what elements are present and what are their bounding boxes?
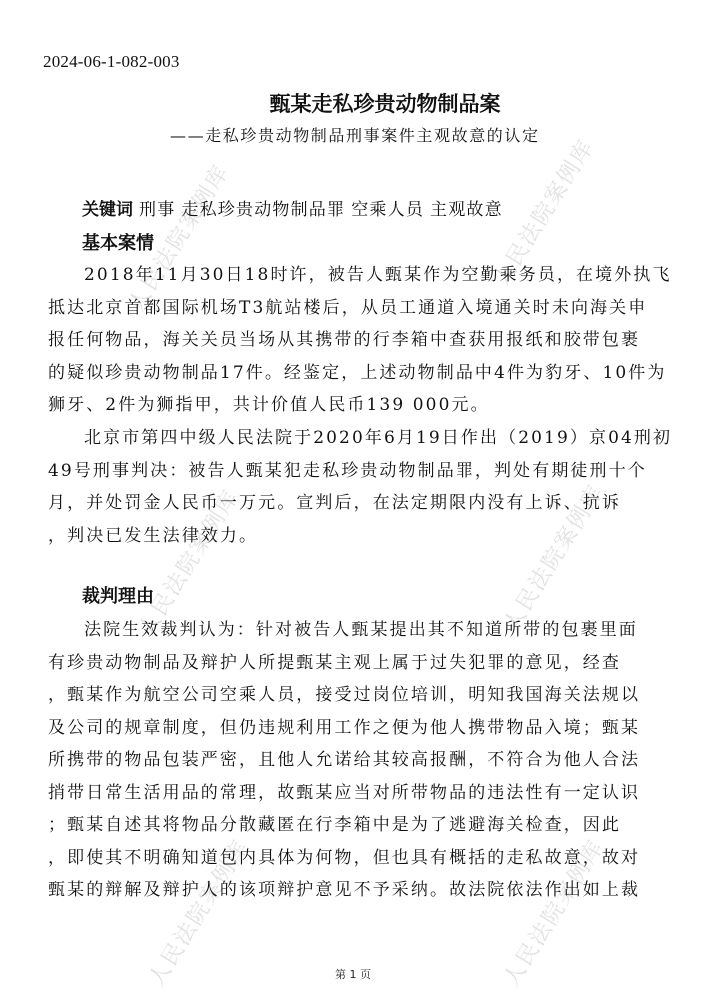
text-line: ；甄某自述其将物品分散藏匿在行李箱中是为了逃避海关检查，因此 [48,809,658,842]
section-heading-basic-facts: 基本案情 [82,229,154,255]
text-line: 月，并处罚金人民币一万元。宣判后，在法定期限内没有上诉、抗诉 [48,487,658,520]
keywords-label: 关键词 [82,200,133,220]
text-line: 的疑似珍贵动物制品17件。经鉴定，上述动物制品中4件为豹牙、10件为 [48,357,658,390]
paragraph-facts: 2018年11月30日18时许，被告人甄某作为空勤乘务员，在境外执飞 抵达北京首… [48,259,658,422]
text-line: 报任何物品，海关关员当场从其携带的行李箱中查获用报纸和胶带包裹 [48,324,658,357]
page-title: 甄某走私珍贵动物制品案 [0,88,706,118]
keyword: 走私珍贵动物制品罪 [181,200,345,220]
page-number: 第 1 页 [0,966,706,982]
text-line: 法院生效裁判认为：针对被告人甄某提出其不知道所带的包裹里面 [48,614,658,647]
text-line: ，判决已发生法律效力。 [48,520,658,553]
text-line: 狮牙、2件为狮指甲，共计价值人民币139 000元。 [48,389,658,422]
keyword: 刑事 [139,200,175,220]
section-heading-reasoning: 裁判理由 [82,582,154,608]
text-line: 北京市第四中级人民法院于2020年6月19日作出（2019）京04刑初 [48,422,658,455]
paragraph-reasoning: 法院生效裁判认为：针对被告人甄某提出其不知道所带的包裹里面 有珍贵动物制品及辩护… [48,614,658,907]
text-line: 抵达北京首都国际机场T3航站楼后，从员工通道入境通关时未向海关申 [48,292,658,325]
keyword: 主观故意 [430,200,503,220]
text-line: 所携带的物品包装严密，且他人允诺给其较高报酬，不符合为他人合法 [48,744,658,777]
paragraph-judgment: 北京市第四中级人民法院于2020年6月19日作出（2019）京04刑初 49号刑… [48,422,658,552]
text-line: 49号刑事判决：被告人甄某犯走私珍贵动物制品罪，判处有期徒刑十个 [48,455,658,488]
text-line: 2018年11月30日18时许，被告人甄某作为空勤乘务员，在境外执飞 [48,259,658,292]
document-page: 人民法院案例库 人民法院案例库 人民法院案例库 人民法院案例库 人民法院案例库 … [0,0,706,999]
keyword: 空乘人员 [351,200,424,220]
text-line: 捎带日常生活用品的常理，故甄某应当对所带物品的违法性有一定认识 [48,777,658,810]
page-subtitle: ——走私珍贵动物制品刑事案件主观故意的认定 [170,123,540,146]
keywords-line: 关键词刑事走私珍贵动物制品罪空乘人员主观故意 [82,195,503,220]
document-id: 2024-06-1-082-003 [43,52,180,72]
text-line: 及公司的规章制度，但仍违规利用工作之便为他人携带物品入境；甄某 [48,712,658,745]
text-line: 有珍贵动物制品及辩护人所提甄某主观上属于过失犯罪的意见，经查 [48,647,658,680]
text-line: ，即使其不明确知道包内具体为何物，但也具有概括的走私故意，故对 [48,842,658,875]
text-line: 甄某的辩解及辩护人的该项辩护意见不予采纳。故法院依法作出如上裁 [48,874,658,907]
text-line: ，甄某作为航空公司空乘人员，接受过岗位培训，明知我国海关法规以 [48,679,658,712]
